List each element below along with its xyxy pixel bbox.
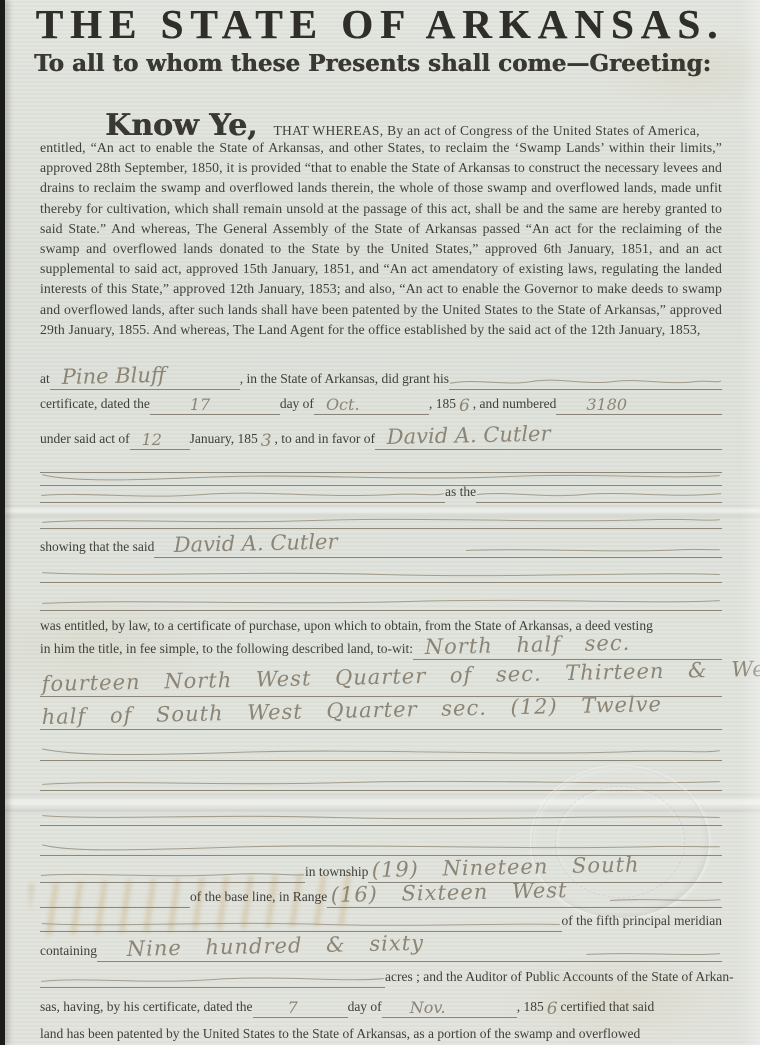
form-row-as-the: as the	[40, 481, 722, 503]
blank-rule	[40, 825, 722, 826]
form-row-land3: half of South West Quarter sec. (12) Twe…	[40, 698, 722, 730]
scan-right-edge	[740, 0, 760, 1045]
ink-squiggle	[40, 569, 722, 580]
form-row-act: under said act of 12 January, 185 3 , to…	[40, 421, 722, 450]
range-label: of the base line, in Range	[190, 889, 327, 908]
act-year-digit-handwriting: 3	[261, 431, 272, 451]
cert-day-handwriting: 17	[190, 395, 210, 414]
grantee-field: David A. Cutler	[375, 421, 722, 450]
cert-year-digit-handwriting: 6	[459, 396, 470, 416]
cert-number-field: 3180	[556, 388, 722, 415]
cert-day-field: 17	[150, 388, 280, 415]
meridian-label: of the fifth principal meridian	[562, 913, 722, 932]
form-row-range: of the base line, in Range (16) Sixteen …	[40, 878, 722, 908]
ink-squiggle	[40, 812, 722, 823]
range-left-blank	[40, 878, 190, 908]
auditor-month-field: Nov.	[382, 991, 517, 1018]
acres-left-blank	[40, 964, 385, 988]
auditor-month-handwriting: Nov.	[410, 998, 446, 1017]
land-desc-field-3: half of South West Quarter sec. (12) Twe…	[40, 698, 722, 730]
whereas-lead-text: THAT WHEREAS, By an act of Congress of t…	[274, 123, 700, 139]
day-of-label: day of	[280, 396, 314, 415]
favor-label: , to and in favor of	[275, 431, 375, 450]
document-title: THE STATE OF ARKANSAS.	[0, 0, 760, 48]
auditor-year-prefix: , 185	[517, 999, 544, 1018]
year-prefix: , 185	[429, 396, 456, 415]
ink-squiggle	[449, 377, 722, 388]
numbered-label: , and numbered	[473, 396, 557, 415]
act-day-handwriting: 12	[142, 430, 162, 449]
form-row-meridian: of the fifth principal meridian	[40, 910, 722, 932]
patented-line: land has been patented by the United Sta…	[40, 1026, 722, 1042]
land-desc-field-1: North half sec.	[413, 634, 722, 660]
preamble-paragraph: entitled, “An act to enable the State of…	[40, 138, 722, 340]
cert-month-handwriting: Oct.	[326, 395, 360, 414]
blank-rule	[40, 760, 722, 761]
ink-squiggle	[40, 919, 562, 930]
land-desc-handwriting-2: fourteen North West Quarter of sec. Thir…	[41, 656, 760, 696]
auditor-year-digit-handwriting: 6	[547, 999, 558, 1019]
showing-name-handwriting: David A. Cutler	[174, 530, 338, 557]
blank-rule	[40, 610, 722, 611]
ink-squiggle	[476, 490, 722, 501]
ink-squiggle	[40, 515, 722, 526]
ink-squiggle	[40, 490, 445, 501]
ink-squiggle	[40, 747, 722, 758]
scan-left-edge	[0, 0, 5, 1045]
certified-text: certified that said	[561, 999, 655, 1018]
containing-label: containing	[40, 943, 97, 962]
showing-name-field: David A. Cutler	[154, 532, 722, 558]
as-the-right-blank	[476, 481, 722, 503]
place-field: Pine Bluff	[50, 363, 240, 390]
blank-rule	[40, 528, 722, 529]
act-month-label: January, 185	[190, 431, 258, 450]
cert-number-handwriting: 3180	[586, 395, 627, 414]
place-handwriting: Pine Bluff	[61, 363, 166, 389]
form-row-certificate: certificate, dated the 17 day of Oct. , …	[40, 388, 722, 415]
blank-rule	[40, 582, 722, 583]
grantee-handwriting: David A. Cutler	[387, 422, 551, 449]
meridian-left-blank	[40, 910, 562, 932]
ink-squiggle	[40, 597, 722, 608]
under-act-label: under said act of	[40, 431, 130, 450]
land-certificate-document: THE STATE OF ARKANSAS. To all to whom th…	[0, 0, 760, 1045]
auditor-day-field: 7	[253, 991, 348, 1018]
grant-blank-field	[449, 363, 722, 390]
ink-squiggle	[40, 975, 385, 986]
range-field: (16) Sixteen West	[327, 878, 722, 908]
range-handwriting: (16) Sixteen West	[331, 878, 568, 907]
certificate-label: certificate, dated the	[40, 396, 150, 415]
auditor-day-handwriting: 7	[288, 998, 298, 1017]
form-row-location: at Pine Bluff , in the State of Arkansas…	[40, 363, 722, 390]
as-the-left-blank	[40, 481, 445, 503]
acreage-field: Nine hundred & sixty	[97, 932, 722, 962]
as-the-label: as the	[445, 484, 476, 503]
salutation-line: To all to whom these Presents shall come…	[34, 50, 711, 77]
acres-text: acres ; and the Auditor of Public Accoun…	[385, 969, 734, 988]
ink-squiggle	[40, 777, 722, 788]
auditor-day-of-label: day of	[348, 999, 382, 1018]
form-row-containing: containing Nine hundred & sixty	[40, 932, 722, 962]
fold-crease	[0, 794, 760, 812]
land-desc-handwriting-3: half of South West Quarter sec. (12) Twe…	[41, 692, 662, 729]
ink-squiggle	[40, 842, 722, 853]
land-desc-handwriting-1: North half sec.	[425, 631, 631, 659]
act-day-field: 12	[130, 421, 190, 450]
form-row-showing: showing that the said David A. Cutler	[40, 532, 722, 558]
showing-label: showing that the said	[40, 539, 154, 558]
form-row-towit: in him the title, in fee simple, to the …	[40, 634, 722, 660]
blank-rule	[40, 790, 722, 791]
cert-month-field: Oct.	[314, 388, 429, 415]
auditor-line-label: sas, having, by his certificate, dated t…	[40, 999, 253, 1018]
form-row-auditor: sas, having, by his certificate, dated t…	[40, 991, 722, 1018]
form-row-acres: acres ; and the Auditor of Public Accoun…	[40, 964, 722, 988]
entitled-line2: in him the title, in fee simple, to the …	[40, 641, 413, 660]
